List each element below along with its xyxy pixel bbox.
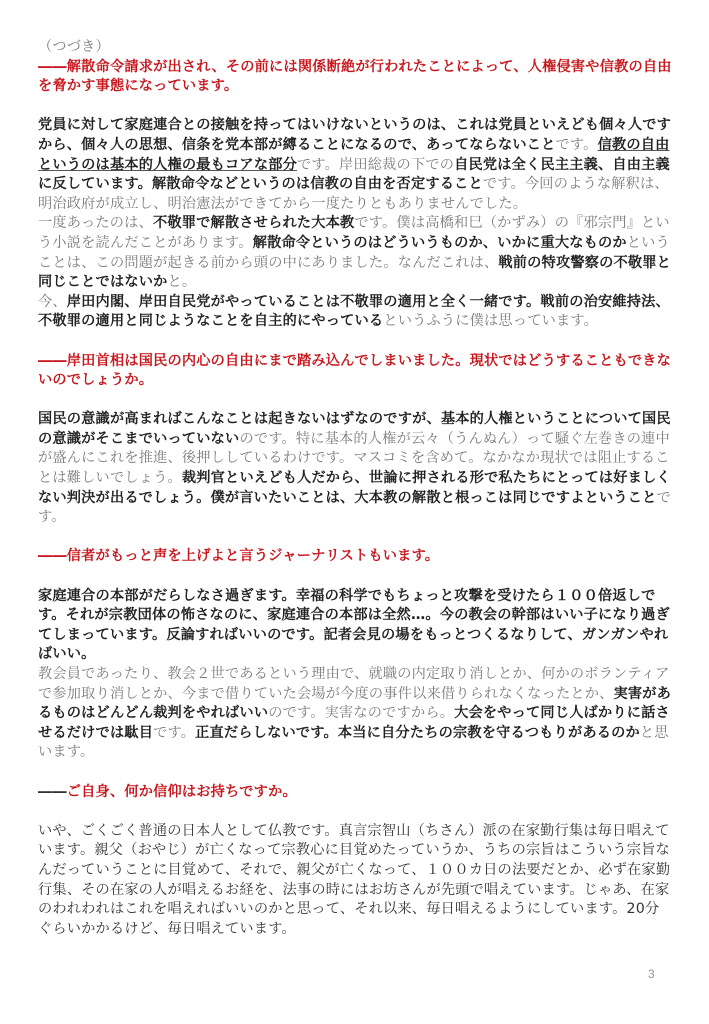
article-body: ――解散命令請求が出され、その前には関係断絶が行われたことによって、人権侵害や信…: [38, 58, 672, 940]
paragraph-gap: [38, 528, 672, 548]
emphasis-text: 解散命令というのはどういうものか、いかに重大なものか: [253, 235, 627, 251]
body-text: のです。実害なのですから。: [268, 705, 454, 721]
body-text: です。: [153, 725, 195, 741]
interview-question: ――ご自身、何か信仰はお持ちですか。: [38, 783, 672, 803]
document-page: （つづき） ――解散命令請求が出され、その前には関係断絶が行われたことによって、…: [38, 38, 672, 939]
body-text: 教会員であったり、教会２世であるという理由で、就職の内定取り消しとか、何かのボラ…: [38, 666, 670, 702]
body-text: いや、ごくごく普通の日本人として仏教です。真言宗智山（ちさん）派の在家勤行集は毎…: [38, 823, 670, 937]
interview-question: ――信者がもっと声を上げよと言うジャーナリストもいます。: [38, 547, 672, 567]
question-text: ――信者がもっと声を上げよと言うジャーナリストもいます。: [38, 548, 439, 564]
body-text: というふうに僕は思っています。: [383, 313, 598, 329]
page-number: 3: [648, 967, 655, 981]
interview-question: ――解散命令請求が出され、その前には関係断絶が行われたことによって、人権侵害や信…: [38, 58, 672, 97]
continued-label: （つづき）: [38, 38, 672, 58]
question-text: ――岸田首相は国民の内心の自由にまで踏み込んでしまいました。現状ではどうすること…: [38, 353, 671, 389]
paragraph-gap: [38, 802, 672, 822]
body-text: です。岸田総裁の下での: [297, 157, 454, 173]
paragraph-gap: [38, 97, 672, 117]
interview-answer: 教会員であったり、教会２世であるという理由で、就職の内定取り消しとか、何かのボラ…: [38, 665, 672, 763]
interview-answer: 党員に対して家庭連合との接触を持ってはいけないというのは、これは党員といえども個…: [38, 116, 672, 214]
paragraph-gap: [38, 763, 672, 783]
paragraph-gap: [38, 391, 672, 411]
question-text: ――解散命令請求が出され、その前には関係断絶が行われたことによって、人権侵害や信…: [38, 59, 672, 95]
emphasis-text: 正直だらしないです。本当に自分たちの宗教を守るつもりがあるのか: [195, 725, 640, 741]
paragraph-gap: [38, 332, 672, 352]
interview-answer: 今、岸田内閣、岸田自民党がやっていることは不敬罪の適用と全く一緒です。戦前の治安…: [38, 293, 672, 332]
interview-answer: 家庭連合の本部がだらしなさ過ぎます。幸福の科学でもちょっと攻撃を受けたら１００倍…: [38, 587, 672, 665]
body-text: です。: [556, 137, 598, 153]
interview-answer: 一度あったのは、不敬罪で解散させられた大本教です。僕は高橋和巳（かずみ）の『邪宗…: [38, 214, 672, 292]
body-text: 一度あったのは、: [38, 215, 153, 231]
emphasis-text: ――: [38, 784, 67, 800]
question-text: ご自身、何か信仰はお持ちですか。: [67, 784, 297, 800]
interview-answer: いや、ごくごく普通の日本人として仏教です。真言宗智山（ちさん）派の在家勤行集は毎…: [38, 822, 672, 940]
interview-question: ――岸田首相は国民の内心の自由にまで踏み込んでしまいました。現状ではどうすること…: [38, 352, 672, 391]
emphasis-text: 家庭連合の本部がだらしなさ過ぎます。幸福の科学でもちょっと攻撃を受けたら１００倍…: [38, 588, 670, 663]
emphasis-text: 不敬罪で解散させられた大本教: [153, 215, 354, 231]
body-text: 今、: [38, 294, 67, 310]
interview-answer: 国民の意識が高まればこんなことは起きないはずなのですが、基本的人権ということにつ…: [38, 410, 672, 528]
body-text: と。: [168, 274, 197, 290]
paragraph-gap: [38, 567, 672, 587]
